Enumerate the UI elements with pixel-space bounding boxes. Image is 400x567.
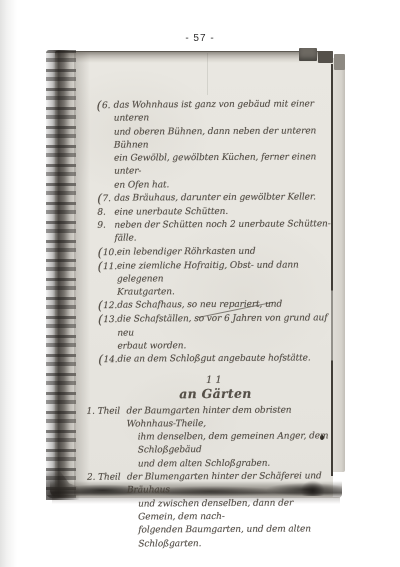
item-number: (7. bbox=[97, 193, 114, 207]
script-line: ihm denselben, dem gemeinen Anger, dem S… bbox=[138, 430, 333, 458]
scan-top-right-fragment bbox=[299, 48, 317, 61]
script-line: und oberen Bühnen, dann neben der untere… bbox=[114, 125, 331, 153]
page-number-label: - 57 - bbox=[0, 33, 400, 44]
manuscript-item-list: (6.das Wohnhaus ist ganz von gebäud mit … bbox=[97, 98, 333, 367]
scan-top-edge-shadow bbox=[55, 51, 333, 63]
handwritten-text-block: (6.das Wohnhaus ist ganz von gebäud mit … bbox=[97, 98, 334, 551]
underlying-page-edge bbox=[333, 58, 345, 472]
item-text: neben der Schütten noch 2 unerbaute Schü… bbox=[114, 218, 331, 246]
script-line: Krautgarten. bbox=[117, 285, 332, 300]
item-number: (13. bbox=[98, 314, 117, 328]
manuscript-item: (10.ein lebendiger Röhrkasten und bbox=[98, 245, 332, 260]
manuscript-item: (11.eine ziemliche Hofraitig, Obst- und … bbox=[98, 259, 332, 300]
item-text: die Schafställen, so vor 6 Jahren von gr… bbox=[117, 313, 332, 354]
script-line: der Baumgarten hinter dem obristen Wohnh… bbox=[126, 404, 332, 432]
item-number: (14. bbox=[98, 354, 117, 368]
item-text: das Bräuhaus, darunter ein gewölbter Kel… bbox=[114, 191, 331, 206]
item-number: (6. bbox=[97, 100, 114, 114]
script-line: die Schafställen, so vor 6 Jahren von gr… bbox=[117, 313, 332, 341]
manuscript-item: (14.die an dem Schloßgut angebaute hofst… bbox=[98, 352, 332, 367]
paragraph-text: der Baumgarten hinter dem obristen Wohnh… bbox=[126, 404, 332, 472]
manuscript-item: (7.das Bräuhaus, darunter ein gewölbter … bbox=[97, 191, 331, 206]
script-line: und zwischen denselben, dann der Gemein,… bbox=[138, 497, 333, 525]
item-text: die an dem Schloßgut angebaute hofstätte… bbox=[117, 352, 332, 367]
item-text: ein lebendiger Röhrkasten und bbox=[117, 245, 332, 260]
paragraph-marker: 1. Theil bbox=[86, 405, 126, 419]
script-line: en Ofen hat. bbox=[114, 178, 331, 193]
script-line: der Blumengarten hinter der Schäferei un… bbox=[127, 470, 333, 498]
script-line: ein Gewölbl, gewölbten Küchen, ferner ei… bbox=[114, 151, 331, 179]
script-line: eine ziemliche Hofraitig, Obst- und dann… bbox=[117, 259, 332, 287]
script-line: ein lebendiger Röhrkasten und bbox=[117, 245, 332, 260]
script-line: erbaut worden. bbox=[117, 339, 332, 354]
paragraph-marker: 2. Theil bbox=[87, 472, 127, 486]
manuscript-item: 9.neben der Schütten noch 2 unerbaute Sc… bbox=[97, 218, 331, 246]
manuscript-item: (13.die Schafställen, so vor 6 Jahren vo… bbox=[98, 313, 332, 354]
scan-top-right-fragment bbox=[334, 54, 345, 70]
paper-crease bbox=[207, 53, 208, 95]
item-text: das Wohnhaus ist ganz von gebäud mit ein… bbox=[114, 98, 332, 192]
script-line: neben der Schütten noch 2 unerbaute Schü… bbox=[114, 218, 331, 233]
paragraph-text: der Blumengarten hinter der Schäferei un… bbox=[127, 470, 333, 551]
manuscript-item: (12.das Schafhaus, so neu repariert, und bbox=[98, 299, 332, 314]
item-text: das Schafhaus, so neu repariert, und bbox=[117, 299, 332, 314]
script-line: eine unerbaute Schütten. bbox=[114, 205, 331, 220]
scan-top-right-fragment bbox=[318, 51, 333, 63]
manuscript-paragraph: 1. Theilder Baumgarten hinter dem obrist… bbox=[86, 404, 332, 472]
script-line: fälle. bbox=[114, 232, 331, 247]
manuscript-item: (6.das Wohnhaus ist ganz von gebäud mit … bbox=[97, 98, 332, 193]
item-number: 8. bbox=[97, 206, 114, 219]
scanned-document-page: - 57 - (6.das Wohnhaus ist ganz von gebä… bbox=[0, 0, 400, 567]
script-line: und dem alten Schloßgraben. bbox=[138, 457, 333, 471]
section-heading: an Gärten bbox=[98, 387, 332, 402]
item-number: 9. bbox=[97, 220, 114, 233]
item-text: eine ziemliche Hofraitig, Obst- und dann… bbox=[117, 259, 332, 300]
item-number: (11. bbox=[98, 260, 117, 274]
item-text: eine unerbaute Schütten. bbox=[114, 205, 331, 220]
script-line: folgenden Baumgarten, und dem alten Schl… bbox=[138, 523, 333, 551]
script-line: das Schafhaus, so neu repariert, und bbox=[117, 299, 332, 314]
script-line: das Bräuhaus, darunter ein gewölbter Kel… bbox=[114, 191, 331, 206]
manuscript-paragraphs: 1. Theilder Baumgarten hinter dem obrist… bbox=[98, 404, 333, 552]
scan-left-binding-edge bbox=[46, 50, 76, 498]
manuscript-paragraph: 2. Theilder Blumengarten hinter der Schä… bbox=[87, 470, 333, 551]
script-line: das Wohnhaus ist ganz von gebäud mit ein… bbox=[114, 98, 331, 126]
script-line: die an dem Schloßgut angebaute hofstätte… bbox=[117, 352, 332, 367]
